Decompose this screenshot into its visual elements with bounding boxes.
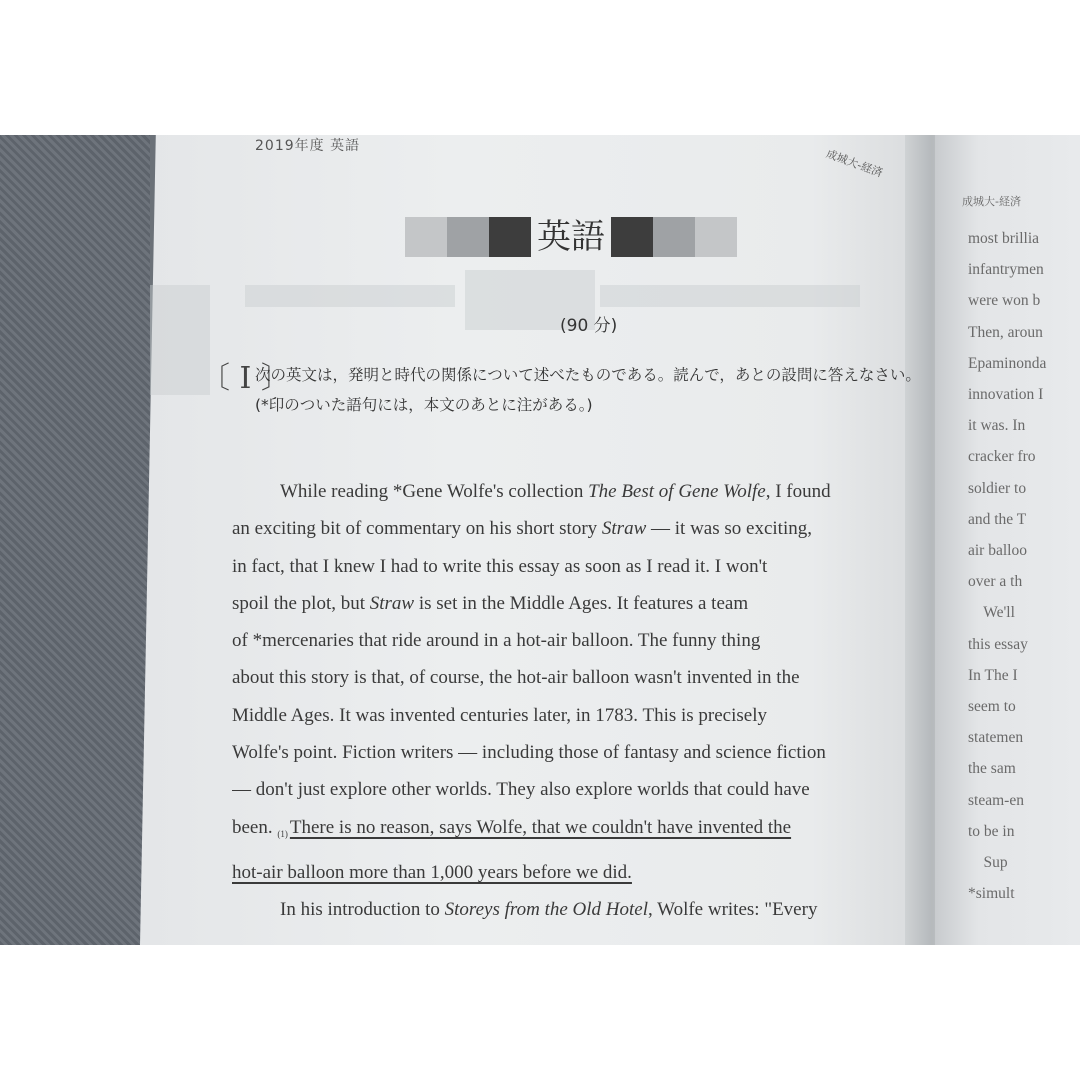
underline-ref-mark: (1) xyxy=(277,829,288,839)
right-page-line: over a th xyxy=(968,566,1046,597)
passage-line: of *mercenaries that ride around in a ho… xyxy=(232,622,922,659)
line-text: an exciting bit of commentary on his sho… xyxy=(232,518,602,539)
question-instruction: 次の英文は，発明と時代の関係について述べたものである。読んで，あとの設問に答えな… xyxy=(255,360,925,420)
right-page-line: and the T xyxy=(968,504,1046,535)
right-page-line: cracker fro xyxy=(968,441,1046,472)
right-page-line: this essay xyxy=(968,629,1046,660)
line-text: — don't just explore other worlds. They … xyxy=(232,779,810,800)
passage-line: been. (1)There is no reason, says Wolfe,… xyxy=(232,809,922,854)
line-text: is set in the Middle Ages. It features a… xyxy=(414,593,748,614)
right-page-line: the sam xyxy=(968,753,1046,784)
bleed-through-shape xyxy=(245,285,455,307)
italic-title: The Best of Gene Wolfe xyxy=(588,481,766,502)
passage-line: — don't just explore other worlds. They … xyxy=(232,771,922,808)
book-photo: 2019年度 英語 成城大-経済 英語 (90 分) 〔 I 〕 次の英文は，発… xyxy=(0,135,1080,945)
running-head: 2019年度 英語 xyxy=(255,135,360,155)
passage-line: about this story is that, of course, the… xyxy=(232,659,922,696)
right-page-line: statemen xyxy=(968,722,1046,753)
right-page-line: Epaminonda xyxy=(968,348,1046,379)
line-text: in fact, that I knew I had to write this… xyxy=(232,556,767,577)
right-page-text: most brilliainfantrymenwere won bThen, a… xyxy=(968,223,1046,909)
line-prefix: been. xyxy=(232,817,277,838)
title-block-dark xyxy=(611,217,653,257)
line-text: , Wolfe writes: "Every xyxy=(648,899,817,920)
right-page-line: innovation I xyxy=(968,379,1046,410)
passage-line: Wolfe's point. Fiction writers — includi… xyxy=(232,734,922,771)
line-text: Wolfe's point. Fiction writers — includi… xyxy=(232,742,826,763)
right-page-line: steam-en xyxy=(968,785,1046,816)
passage-line: In his introduction to Storeys from the … xyxy=(232,891,922,928)
right-page-header: 成城大-経済 xyxy=(962,193,1021,209)
passage-line: spoil the plot, but Straw is set in the … xyxy=(232,585,922,622)
line-text: about this story is that, of course, the… xyxy=(232,667,800,688)
cloth-background xyxy=(0,135,150,945)
line-text: spoil the plot, but xyxy=(232,593,370,614)
right-page-line: Then, aroun xyxy=(968,317,1046,348)
line-text: — it was so exciting, xyxy=(646,518,812,539)
passage-line: an exciting bit of commentary on his sho… xyxy=(232,510,922,547)
line-text: In his introduction to xyxy=(280,899,445,920)
line-text: of *mercenaries that ride around in a ho… xyxy=(232,630,760,651)
right-page-line: most brillia xyxy=(968,223,1046,254)
line-text: Middle Ages. It was invented centuries l… xyxy=(232,705,767,726)
right-page-line: soldier to xyxy=(968,473,1046,504)
bleed-through-shape xyxy=(600,285,860,307)
title-block-light xyxy=(695,217,737,257)
right-page-line: infantrymen xyxy=(968,254,1046,285)
right-page-line: seem to xyxy=(968,691,1046,722)
italic-title: Straw xyxy=(370,593,414,614)
title-block-light xyxy=(405,217,447,257)
right-page-line: it was. In xyxy=(968,410,1046,441)
section-title: 英語 xyxy=(531,217,611,257)
right-page-line: In The I xyxy=(968,660,1046,691)
passage-line: hot-air balloon more than 1,000 years be… xyxy=(232,854,922,891)
right-page-line: to be in xyxy=(968,816,1046,847)
right-page-line: *simult xyxy=(968,878,1046,909)
book-title: Storeys from the Old Hotel xyxy=(445,899,648,920)
right-page-line: We'll xyxy=(968,597,1046,628)
line-text: , I found xyxy=(766,481,831,502)
right-page-line: air balloo xyxy=(968,535,1046,566)
section-title-band: 英語 xyxy=(405,217,737,257)
reading-passage: While reading *Gene Wolfe's collection T… xyxy=(232,473,922,928)
italic-title: Straw xyxy=(602,518,646,539)
title-block-mid xyxy=(653,217,695,257)
right-page-line: Sup xyxy=(968,847,1046,878)
title-block-mid xyxy=(447,217,489,257)
passage-line: Middle Ages. It was invented centuries l… xyxy=(232,697,922,734)
passage-line: While reading *Gene Wolfe's collection T… xyxy=(232,473,922,510)
line-text: While reading *Gene Wolfe's collection xyxy=(280,481,588,502)
passage-line: in fact, that I knew I had to write this… xyxy=(232,548,922,585)
underlined-sentence-part2: hot-air balloon more than 1,000 years be… xyxy=(232,862,632,883)
exam-duration: (90 分) xyxy=(560,311,617,336)
title-block-dark xyxy=(489,217,531,257)
underlined-sentence-part1: There is no reason, says Wolfe, that we … xyxy=(290,817,791,838)
right-page-line: were won b xyxy=(968,285,1046,316)
